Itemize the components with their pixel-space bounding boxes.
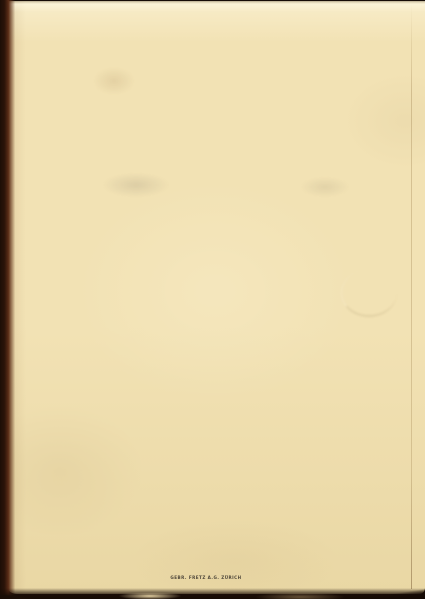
paper-texture [5, 1, 425, 594]
top-edge-highlight [6, 0, 425, 12]
spine-shadow [0, 0, 16, 599]
book-back-cover [5, 1, 425, 594]
bottom-left-corner-curl [0, 581, 78, 599]
right-crease-line [411, 4, 412, 589]
photo-frame: GEBR. FRETZ A.G. ZÜRICH [0, 0, 425, 599]
bottom-right-corner-curl [355, 587, 425, 599]
printer-imprint: GEBR. FRETZ A.G. ZÜRICH [170, 576, 241, 581]
